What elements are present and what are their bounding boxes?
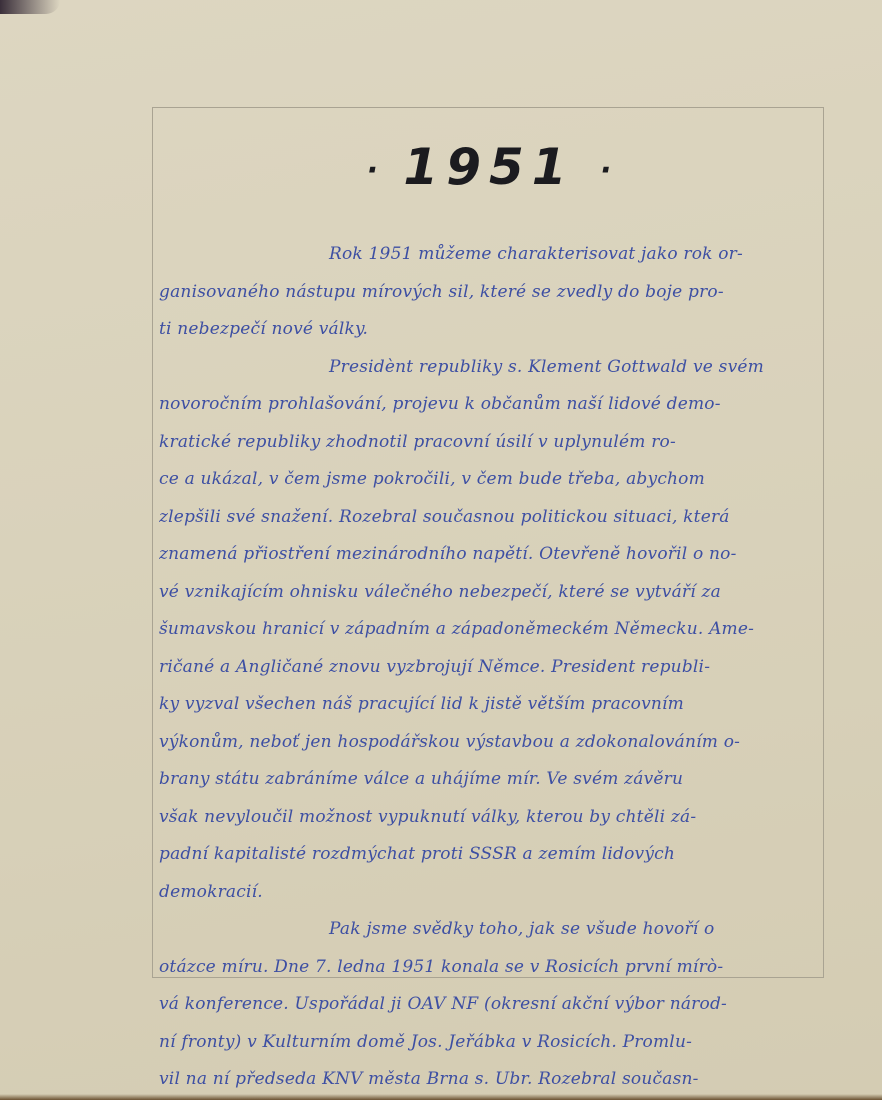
text-line: zlepšili své snažení. Rozebral současnou… — [159, 499, 821, 537]
text-line: však nevyloučil možnost vypuknutí války,… — [159, 799, 821, 837]
text-line: vá konference. Uspořádal ji OAV NF (okre… — [159, 986, 821, 1024]
year-heading: 1951 — [403, 138, 574, 196]
text-line: vil na ní předseda KNV města Brna s. Ubr… — [159, 1061, 821, 1099]
text-line: ričané a Angličané znovu vyzbrojují Němc… — [159, 649, 821, 687]
text-line: otázce míru. Dne 7. ledna 1951 konala se… — [159, 949, 821, 987]
page-corner-shadow — [0, 0, 60, 14]
text-line: Presidènt republiky s. Klement Gottwald … — [159, 349, 821, 387]
text-line: brany státu zabráníme válce a uhájíme mí… — [159, 761, 821, 799]
notebook-page: · 1951 · Rok 1951 můžeme charakterisovat… — [0, 0, 882, 1100]
page-bottom-edge — [0, 1094, 882, 1100]
text-line: kratické republiky zhodnotil pracovní ús… — [159, 424, 821, 462]
text-line: ce a ukázal, v čem jsme pokročili, v čem… — [159, 461, 821, 499]
text-line: padní kapitalisté rozdmýchat proti SSSR … — [159, 836, 821, 874]
handwritten-text-block: Rok 1951 můžeme charakterisovat jako rok… — [159, 236, 821, 1099]
text-line: demokracií. — [159, 874, 821, 912]
text-line: výkonům, neboť jen hospodářskou výstavbo… — [159, 724, 821, 762]
text-line: šumavskou hranicí v západním a západoněm… — [159, 611, 821, 649]
text-line: ganisovaného nástupu mírových sil, které… — [159, 274, 821, 312]
text-line: ky vyzval všechen náš pracující lid k ji… — [159, 686, 821, 724]
text-line: znamená přiostření mezinárodního napětí.… — [159, 536, 821, 574]
text-line: Pak jsme svědky toho, jak se všude hovoř… — [159, 911, 821, 949]
text-line: ti nebezpečí nové války. — [159, 311, 821, 349]
title-dot-left: · — [367, 153, 378, 188]
text-line: Rok 1951 můžeme charakterisovat jako rok… — [159, 236, 821, 274]
text-line: novoročním prohlašování, projevu k občan… — [159, 386, 821, 424]
ruled-border-frame: · 1951 · Rok 1951 můžeme charakterisovat… — [152, 107, 824, 978]
text-line: ní fronty) v Kulturním domě Jos. Jeřábka… — [159, 1024, 821, 1062]
page-title: · 1951 · — [153, 138, 825, 196]
title-dot-right: · — [600, 153, 611, 188]
text-line: vé vznikajícím ohnisku válečného nebezpe… — [159, 574, 821, 612]
